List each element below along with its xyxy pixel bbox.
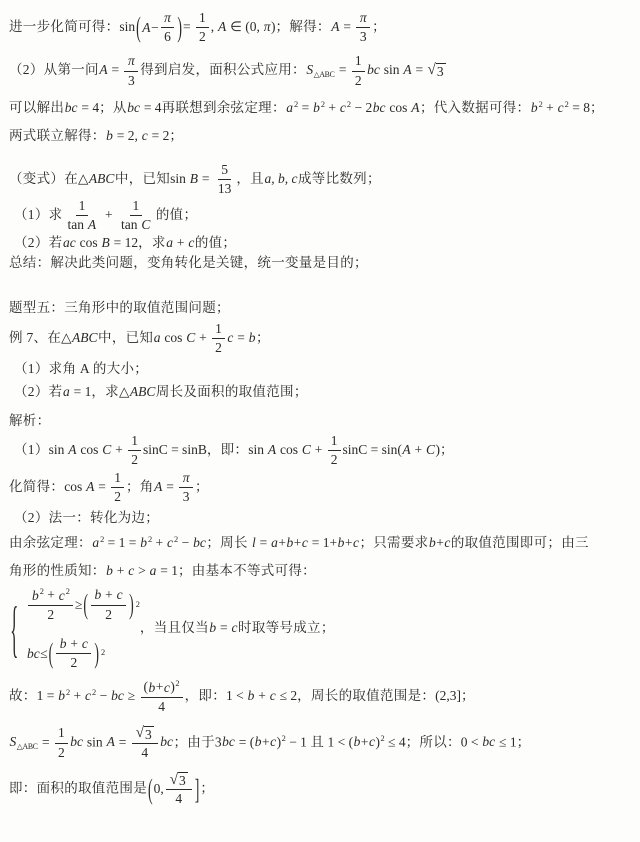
math-run: 3 [145,727,152,742]
math-run: sin [49,442,68,457]
text-run: ；周长 [206,535,251,550]
math-run: 2 [70,655,77,670]
math-run: = ( [235,734,254,749]
math-variable: b [254,734,262,749]
math-run: 2 [114,489,121,504]
math-run: 3 [360,29,367,44]
math-variable: A [402,442,411,457]
math-run: ≥ [124,688,138,703]
math-variable: bc [222,734,236,749]
case-row: bc ≤ (b + c2)2 [26,636,139,671]
math-variable: c [188,235,195,250]
math-variable: c [227,330,234,345]
math-variable: A [142,18,151,38]
text-run: ； [372,19,386,34]
line-22: 即：面积的取值范围是(0, √34]； [9,771,634,807]
text-run: ； [195,479,209,494]
line-16: （2）法一：转化为边； [9,508,634,528]
numerator: b + c [56,636,91,654]
math-run: = 2, [113,128,141,143]
math-run: + [112,442,126,457]
math-run: = [298,100,312,115]
text-run: 时取等号成立； [238,620,335,635]
text-run: 由余弦定理： [9,535,92,550]
text-run: 角形的性质知： [9,563,106,578]
denominator: 3 [357,28,370,45]
math-run: + [436,535,444,550]
text-run: ；解得： [276,19,331,34]
fraction: √34 [132,725,158,761]
math-variable: ac [62,235,76,250]
math-run: ≥ [75,595,82,615]
math-run: + [152,535,166,550]
fraction: 12 [128,433,141,468]
denominator: 6 [161,28,174,45]
line-15: 化简得：cos A = 12；角A = π3； [9,470,634,505]
math-run: − 2 [351,100,372,115]
math-variable: c [167,535,174,550]
text-run: ； [200,780,214,795]
math-variable: b [337,535,345,550]
text-run: ；由基本不等式可得： [178,563,316,578]
math-run: 3 [128,73,135,88]
fraction: 1tan C [118,198,154,233]
line-8: 总结：解决此类问题，变角转化是关键，统一变量是目的； [9,253,634,273]
math-variable: c [444,535,451,550]
text-run: （1）求 [14,206,62,221]
denominator: 13 [215,180,235,197]
math-variable: bc [111,688,125,703]
math-run: = 2 [148,128,169,143]
text-run: 得到启发，面积公式应用： [140,62,306,77]
line-1: 进一步化简可得：sin(A − π6)= 12, A ∈ (0, π)；解得：A… [9,10,634,45]
math-run: 1 [114,470,121,485]
line-5: （变式）在△ABC中，已知sin B = 513，且a, b, c成等比数列； [9,162,634,197]
text-run: ； [256,330,270,345]
numerator: 1 [130,198,143,216]
math-run: = 1 = [104,535,139,550]
math-run: sin [380,62,403,77]
text-run: 再联想到余弦定理： [162,100,286,115]
text-run: 的值； [195,235,236,250]
math-variable: A [68,442,77,457]
math-variable: A [87,217,96,232]
text-run: 的取值范围即可；由三 [451,535,589,550]
math-run: △ [119,384,129,399]
math-run: 2 [215,340,222,355]
text-run: ，即： [185,688,226,703]
square-root: √3 [136,726,154,743]
math-run: = 12 [110,235,138,250]
math-variable: b [530,100,538,115]
fraction: 12 [111,470,124,505]
line-11: （1）求角 A 的大小； [9,359,634,379]
math-variable: bc [482,734,496,749]
text-run: 解析： [9,413,50,428]
math-variable: b [313,100,321,115]
math-variable: c [128,563,135,578]
math-run: 4 [141,745,148,760]
text-run: 可以解出 [9,100,64,115]
math-run: 1 < ( [324,734,353,749]
text-run: ；从 [99,100,127,115]
text-run: ，即： [207,442,248,457]
fraction: b + c2 [56,636,91,671]
math-run: cos [277,442,302,457]
math-run: 1 [199,10,206,25]
text-run: ； [517,734,531,749]
math-run: = [115,734,129,749]
math-run: + [311,442,325,457]
math-variable: b [31,588,39,603]
math-run: = [95,479,109,494]
numerator: π [179,470,193,488]
line-20: 故：1 = b2 + c2 − bc ≥ (b+c)24，即：1 < b + c… [9,679,634,715]
math-variable: bc [70,734,84,749]
math-run: 0, [154,779,164,799]
text-run: ，当且仅当 [140,620,209,635]
math-run: + [278,535,286,550]
math-run: 2 [131,452,138,467]
line-21: S△ABC = 12bc sin A = √34bc；由于3bc = (b+c)… [9,725,634,761]
math-variable: A [99,62,108,77]
open-delimiter: ( [136,14,141,42]
math-run: 2 [355,73,362,88]
superscript: 2 [175,679,179,688]
radical-icon: √ [136,726,144,742]
math-run: 4 [175,791,182,806]
math-run: ≤ 2 [276,688,297,703]
math-run: sin [170,171,189,186]
fraction: 12 [196,10,209,45]
text-run: 周长及面积的取值范围； [156,384,308,399]
text-run: ； [440,442,454,457]
text-run: （2）从第一问 [9,62,99,77]
numerator: 1 [328,433,341,451]
math-run: = 1+ [308,535,337,550]
delimited-group: (b + c2) [82,587,134,622]
math-run: + [411,442,425,457]
numerator: b2 + c2 [28,587,73,605]
text-run: 故： [9,688,37,703]
radical-icon: √ [170,773,178,789]
math-variable: b [353,734,361,749]
subscript: △ABC [17,742,38,751]
math-run: + [262,734,270,749]
fraction: 12 [55,725,68,760]
math-run: (0, [245,19,263,34]
math-run: = 1 [157,563,178,578]
math-run: 3 [215,734,222,749]
math-run: = [183,19,194,34]
fraction: b2 + c22 [28,587,73,623]
text-run: 的值； [156,206,197,221]
math-variable: A [403,62,412,77]
denominator: 2 [196,28,209,45]
text-run: （1）求角 A 的大小； [14,361,148,376]
math-run: cos [76,235,101,250]
fraction: 12 [352,53,365,88]
math-variable: c [231,620,238,635]
denominator: tan C [118,216,154,233]
math-run: + [44,588,58,603]
math-variable: C [426,442,436,457]
radical-icon: √ [428,63,436,79]
text-run: 成等比数列； [298,171,381,186]
math-variable: a [153,330,161,345]
math-run: = [108,62,122,77]
math-run: ≤ [40,644,47,664]
math-variable: π [359,10,367,25]
math-variable: b [209,620,217,635]
math-run: + [113,563,127,578]
math-run: sin [84,734,107,749]
line-3: 可以解出bc = 4；从bc = 4再联想到余弦定理：a2 = b2 + c2 … [9,98,634,118]
denominator: 2 [102,606,115,623]
math-run: 5 [221,162,228,177]
math-run: sinC = sinB [143,442,207,457]
text-run: 进一步化简可得： [9,19,119,34]
text-run: ，且 [236,171,264,186]
math-run: + [255,688,269,703]
fraction: 12 [328,433,341,468]
denominator: 4 [172,790,185,807]
fraction: 12 [212,321,225,356]
superscript: 2 [101,647,105,660]
numerator: 1 [212,321,225,339]
brace-icon: { [10,598,18,660]
superscript: 2 [66,587,70,596]
group-body: A − π6 [142,10,177,45]
denominator: 3 [180,488,193,505]
document-body: 进一步化简可得：sin(A − π6)= 12, A ∈ (0, π)；解得：A… [9,10,634,808]
math-run: + [173,235,187,250]
math-run: = [234,330,248,345]
math-variable: b [140,535,148,550]
math-run: 1 [331,433,338,448]
math-run: + [102,206,116,221]
math-run: cos [386,100,411,115]
math-variable: S [9,734,17,749]
math-variable: b [148,680,156,695]
math-variable: bc [127,100,141,115]
math-run: + [67,636,81,651]
math-run: sin [119,19,135,34]
text-run: （2）法一：转化为边； [14,510,159,525]
math-run: = [198,171,212,186]
math-variable: c [58,588,65,603]
line-2: （2）从第一问A = π3得到启发，面积公式应用：S△ABC = 12bc si… [9,53,634,88]
delimited-group: (0, √34] [147,771,200,807]
math-run: = [217,620,231,635]
line-13: 解析： [9,411,634,431]
math-variable: b [286,535,294,550]
numerator: b + c [91,587,126,605]
text-run: （2）若 [14,235,62,250]
fraction: π3 [124,53,138,88]
math-variable: A [218,19,227,34]
line-19: {b2 + c22 ≥ (b + c2)2bc ≤ (b + c2)2，当且仅当… [9,585,634,673]
math-run: − [151,18,159,38]
math-run: 3 [179,773,186,788]
text-run: 中，已知 [115,171,170,186]
radicand: 3 [144,726,154,743]
math-run: 1 [131,433,138,448]
math-variable: bc [160,734,174,749]
close-delimiter: ] [195,775,200,803]
text-run: 中，已知 [98,330,153,345]
radicand: 3 [436,63,446,80]
text-run: 例 7、在 [9,330,61,345]
math-run: △ [78,171,88,186]
math-run: 1 < [226,688,247,703]
math-variable: π [263,19,271,34]
math-variable: b [247,688,255,703]
math-variable: c [557,100,564,115]
text-run: 总结：解决此类问题，变角转化是关键，统一变量是目的； [9,255,368,270]
math-run: 1 [133,198,140,213]
numerator: (b+c)2 [141,679,183,697]
math-run: 2 [47,607,54,622]
numerator: 1 [196,10,209,28]
close-delimiter: ) [94,640,99,668]
numerator: π [356,10,370,28]
text-run: 即：面积的取值范围是 [9,780,147,795]
math-variable: a [286,100,294,115]
fraction: π3 [356,10,370,45]
math-variable: bc [26,644,40,664]
numerator: √3 [166,771,192,790]
line-4: 两式联立解得：b = 2, c = 2； [9,126,634,146]
math-run: = [163,479,177,494]
math-run: 13 [218,181,232,196]
math-run: > [135,563,149,578]
math-variable: A [154,479,163,494]
math-run: 0 < [461,734,482,749]
math-run: = 8 [569,100,590,115]
math-run: + [325,100,339,115]
open-delimiter: ( [148,775,153,803]
math-run: tan [67,217,87,232]
line-12: （2）若a = 1，求△ABC周长及面积的取值范围； [9,382,634,402]
math-run: 1 [58,725,65,740]
math-document-page: 进一步化简可得：sin(A − π6)= 12, A ∈ (0, π)；解得：A… [0,0,640,842]
close-delimiter: ) [129,591,134,619]
radicand: 3 [178,772,188,789]
text-run: ；所以： [406,734,461,749]
math-run: cos [64,479,85,494]
math-run: = [336,62,350,77]
delimited-group: (A − π6) [135,10,183,45]
math-run: + [196,330,210,345]
text-run: 化简得： [9,479,64,494]
superscript: 2 [136,599,140,612]
denominator: 4 [155,698,168,715]
text-run: ； [590,100,604,115]
math-run: = [340,19,354,34]
numerator: 1 [128,433,141,451]
math-variable: A [86,479,95,494]
math-variable: C [186,330,196,345]
group-body: 0, √34 [154,771,194,807]
math-variable: a, b, c [264,171,298,186]
math-run: 2 [58,745,65,760]
math-variable: b [59,636,67,651]
text-run: ；只需要求 [359,535,428,550]
math-run: + [70,688,84,703]
math-run: sin [248,442,267,457]
text-run: ； [461,688,475,703]
math-run: − 1 [286,734,311,749]
numerator: π [161,10,175,28]
math-run: 3 [183,489,190,504]
line-18: 角形的性质知：b + c > a = 1；由基本不等式可得： [9,561,634,581]
numerator: 1 [55,725,68,743]
text-run: 且 [310,734,324,749]
math-variable: b [94,587,102,602]
denominator: 4 [138,744,151,761]
math-run: sinC = sin [343,442,398,457]
numerator: 5 [218,162,231,180]
math-run: ≤ 1 [496,734,517,749]
math-run: cos [77,442,102,457]
math-run: 3 [437,64,444,79]
math-variable: b [248,330,256,345]
denominator: 2 [352,72,365,89]
math-variable: B [101,235,110,250]
square-root: √3 [428,63,446,80]
numerator: π [124,53,138,71]
denominator: 2 [328,451,341,468]
math-run: = [412,62,426,77]
denominator: 3 [125,72,138,89]
line-10: 例 7、在△ABC中，已知a cos C + 12c = b； [9,321,634,356]
math-variable: bc [372,100,386,115]
delimited-group: (b + c2) [48,636,100,671]
math-variable: π [127,53,135,68]
math-run: 1 [79,198,86,213]
group-body: b + c2 [54,636,93,671]
math-run: 2 [199,29,206,44]
math-run: − [96,688,110,703]
math-variable: bc [64,100,78,115]
math-run: 1 [215,321,222,336]
cases-system: {b2 + c22 ≥ (b + c2)2bc ≤ (b + c2)2 [9,587,140,671]
numerator: 1 [111,470,124,488]
numerator: √3 [132,725,158,744]
text-run: （2）若 [14,384,62,399]
math-variable: A [106,734,115,749]
denominator: 2 [67,654,80,671]
numerator: 1 [76,198,89,216]
math-run: − [178,535,192,550]
math-variable: c [339,100,346,115]
math-run: 2 [105,607,112,622]
text-run: ，求 [138,235,166,250]
math-variable: A [411,100,420,115]
math-variable: S [306,62,314,77]
fraction: √34 [166,771,192,807]
fraction: π6 [161,10,175,45]
numerator: 1 [352,53,365,71]
open-delimiter: ( [49,640,54,668]
math-run: 1 = [37,688,58,703]
math-variable: b [58,688,66,703]
math-run: tan [121,217,141,232]
cases-rows: b2 + c22 ≥ (b + c2)2bc ≤ (b + c2)2 [26,587,139,671]
math-run: △ [61,330,71,345]
fraction: b + c2 [91,587,126,622]
